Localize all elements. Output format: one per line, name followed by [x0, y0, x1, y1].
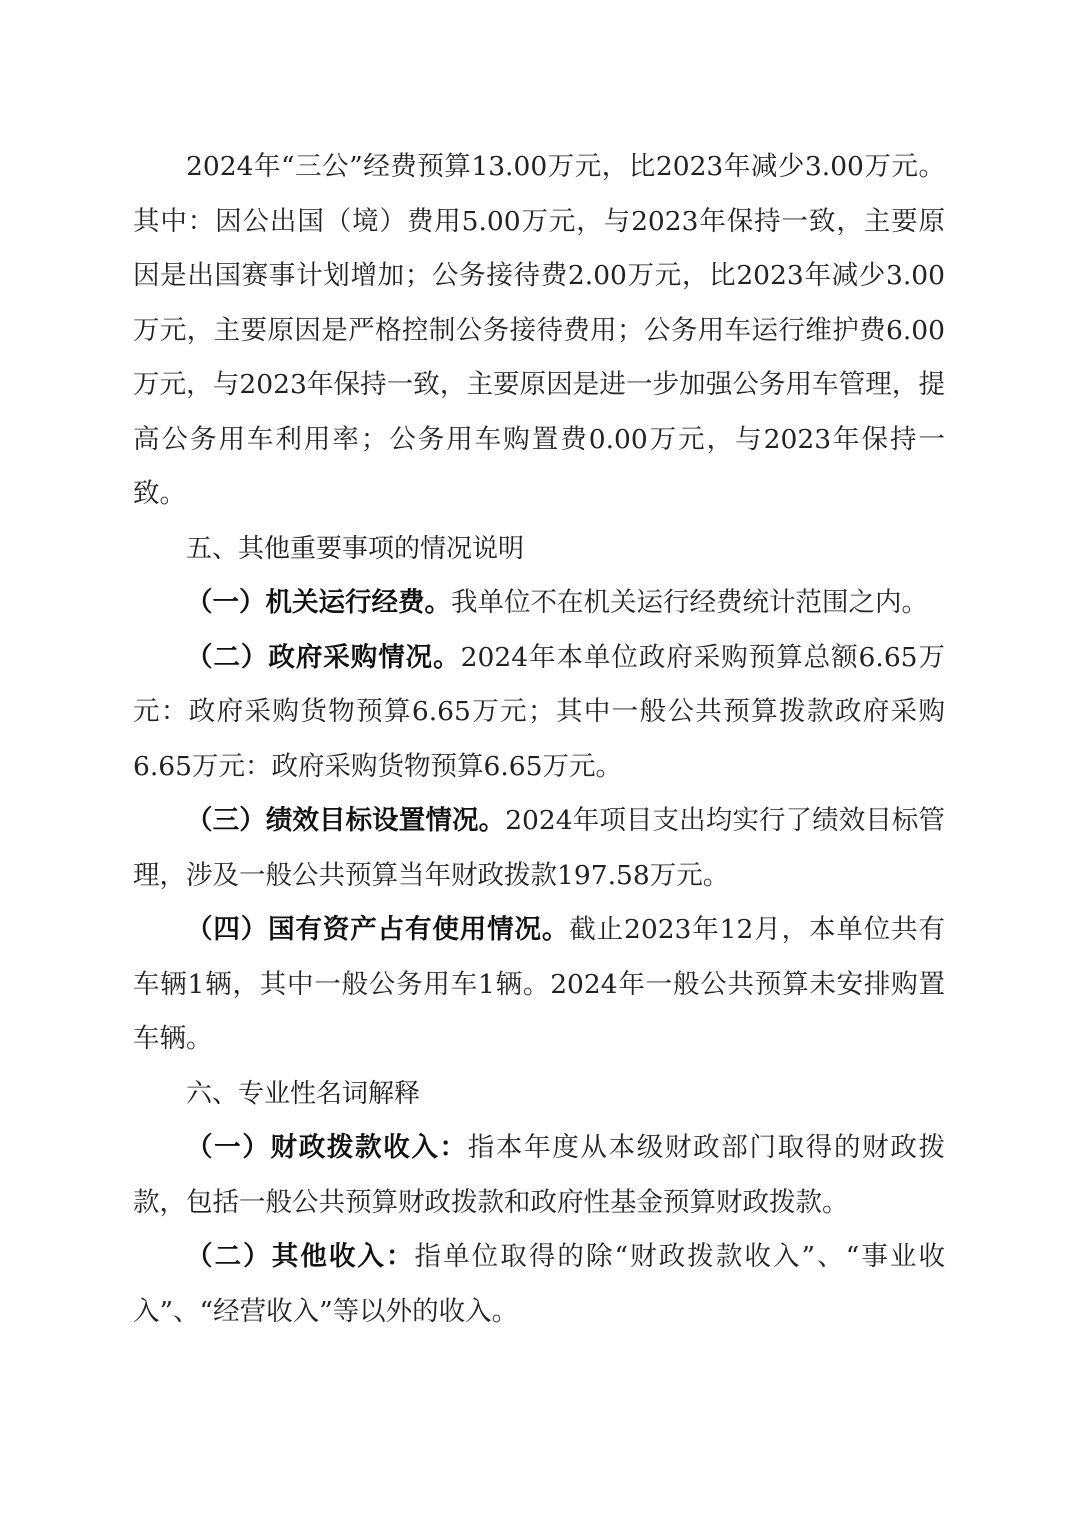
item-lead: （一）机关运行经费。	[186, 587, 451, 618]
section-6-item-2: （二）其他收入：指单位取得的除“财政拨款收入”、“事业收入”、“经营收入”等以外…	[133, 1230, 945, 1339]
item-lead: （一）财政拨款收入：	[186, 1132, 468, 1163]
item-body: 我单位不在机关运行经费统计范围之内。	[451, 587, 928, 618]
section-5-item-2: （二）政府采购情况。2024年本单位政府采购预算总额6.65万元：政府采购货物预…	[133, 631, 945, 795]
section-5-heading: 五、其他重要事项的情况说明	[133, 522, 945, 577]
section-5-item-4: （四）国有资产占有使用情况。截止2023年12月，本单位共有车辆1辆，其中一般公…	[133, 903, 945, 1067]
item-lead: （二）其他收入：	[186, 1241, 415, 1272]
section-6-item-1: （一）财政拨款收入：指本年度从本级财政部门取得的财政拨款，包括一般公共预算财政拨…	[133, 1121, 945, 1230]
three-public-expenses-paragraph: 2024年“三公”经费预算13.00万元，比2023年减少3.00万元。其中：因…	[133, 140, 945, 522]
document-page: 2024年“三公”经费预算13.00万元，比2023年减少3.00万元。其中：因…	[133, 140, 945, 1339]
item-lead: （二）政府采购情况。	[186, 642, 461, 673]
section-5-item-3: （三）绩效目标设置情况。2024年项目支出均实行了绩效目标管理，涉及一般公共预算…	[133, 794, 945, 903]
item-lead: （三）绩效目标设置情况。	[186, 805, 505, 836]
section-6-heading: 六、专业性名词解释	[133, 1067, 945, 1122]
item-lead: （四）国有资产占有使用情况。	[186, 914, 569, 945]
section-5-item-1: （一）机关运行经费。我单位不在机关运行经费统计范围之内。	[133, 576, 945, 631]
